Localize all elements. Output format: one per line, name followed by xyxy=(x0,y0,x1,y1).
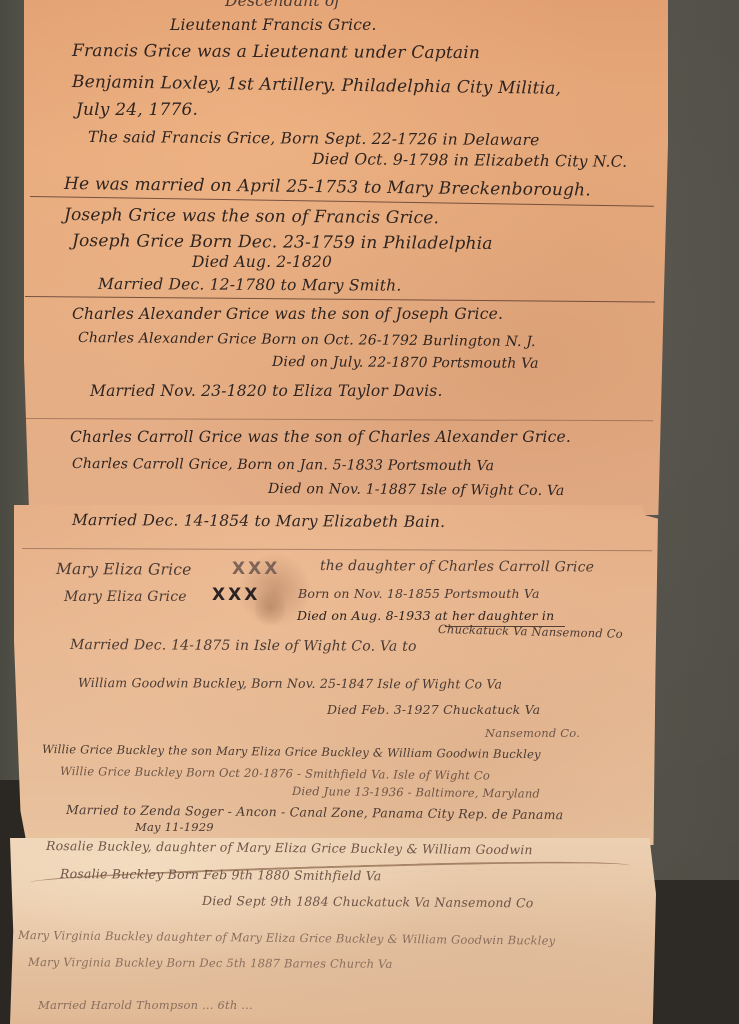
charles-alexander-line-3: Died on July. 22-1870 Portsmouth Va xyxy=(272,354,539,372)
joseph-line-1: Joseph Grice was the son of Francis Gric… xyxy=(64,205,439,228)
charles-alexander-line-4: Married Nov. 23-1820 to Eliza Taylor Dav… xyxy=(90,382,443,400)
mary-virginia-line-2: Mary Virginia Buckley Born Dec 5th 1887 … xyxy=(28,955,393,971)
willie-line-3: Died June 13-1936 - Baltimore, Maryland xyxy=(292,784,540,801)
mary-eliza-line-1: Mary Eliza Grice xyxy=(56,560,192,579)
document-header-line2: Lieutenant Francis Grice. xyxy=(170,16,377,34)
francis-line-1: Francis Grice was a Lieutenant under Cap… xyxy=(72,41,480,63)
mary-eliza-line-8: William Goodwin Buckley, Born Nov. 25-18… xyxy=(78,675,502,691)
willie-line-5: May 11-1929 xyxy=(135,820,214,834)
rosalie-line-2: Rosalie Buckley Born Feb 9th 1880 Smithf… xyxy=(60,866,382,883)
joseph-line-4: Married Dec. 12-1780 to Mary Smith. xyxy=(98,275,402,295)
charles-carroll-line-2: Charles Carroll Grice, Born on Jan. 5-18… xyxy=(72,456,494,474)
joseph-line-2: Joseph Grice Born Dec. 23-1759 in Philad… xyxy=(72,231,493,254)
document-header-line1: Descendant of xyxy=(225,0,340,10)
charles-alexander-line-1: Charles Alexander Grice was the son of J… xyxy=(72,305,503,323)
backdrop-shadow-right xyxy=(650,880,739,1024)
francis-line-4: The said Francis Grice, Born Sept. 22-17… xyxy=(88,128,540,149)
mary-eliza-line-2: the daughter of Charles Carroll Grice xyxy=(320,558,594,575)
joseph-line-3: Died Aug. 2-1820 xyxy=(192,253,332,271)
francis-line-5: Died Oct. 9-1798 in Elizabeth City N.C. xyxy=(312,150,628,171)
mary-eliza-line-3: Mary Eliza Grice xyxy=(64,589,187,605)
x-marks-bold: XXX xyxy=(212,585,260,605)
francis-line-3: July 24, 1776. xyxy=(76,100,198,120)
charles-carroll-line-1: Charles Carroll Grice was the son of Cha… xyxy=(70,428,571,446)
rosalie-line-3: Died Sept 9th 1884 Chuckatuck Va Nansemo… xyxy=(202,893,534,910)
mary-eliza-line-4: Born on Nov. 18-1855 Portsmouth Va xyxy=(298,586,540,601)
x-marks-faded: XXX xyxy=(232,559,280,579)
mary-virginia-line-3: Married Harold Thompson ... 6th ... xyxy=(38,998,253,1012)
mary-eliza-line-9: Died Feb. 3-1927 Chuckatuck Va xyxy=(327,702,540,717)
mary-eliza-line-10: Nansemond Co. xyxy=(485,726,580,740)
mary-eliza-line-5: Died on Aug. 8-1933 at her daughter in xyxy=(297,608,554,623)
charles-carroll-line-3: Died on Nov. 1-1887 Isle of Wight Co. Va xyxy=(268,481,565,499)
mary-eliza-line-7: Married Dec. 14-1875 in Isle of Wight Co… xyxy=(70,637,417,655)
charles-carroll-line-4: Married Dec. 14-1854 to Mary Elizabeth B… xyxy=(72,511,445,531)
